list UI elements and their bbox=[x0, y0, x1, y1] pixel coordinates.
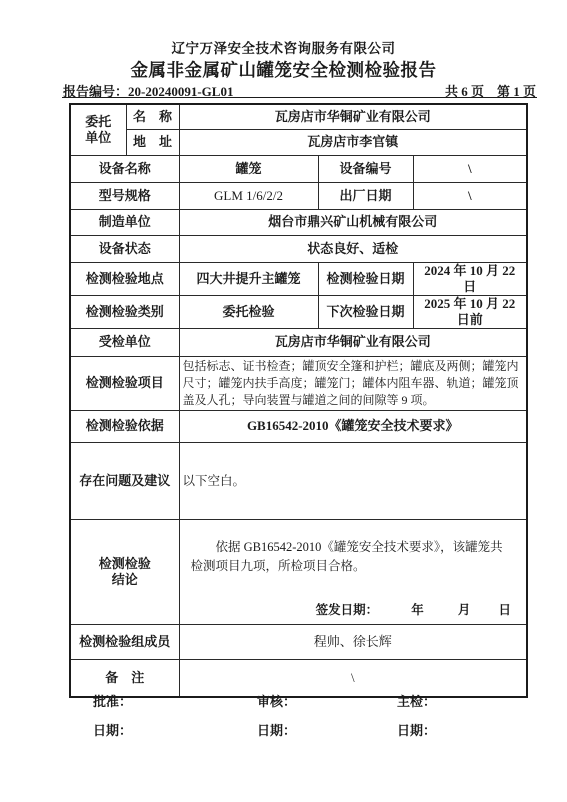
factory-date-value: \ bbox=[413, 182, 527, 209]
model-label: 型号规格 bbox=[70, 182, 179, 209]
approve-date-label: 日期： bbox=[93, 720, 132, 739]
remark-value: \ bbox=[179, 659, 527, 697]
items-label: 检测检验项目 bbox=[70, 356, 179, 410]
conclusion-text: 依据 GB16542-2010《罐笼安全技术要求》，该罐笼共检测项目九项，所检项… bbox=[191, 538, 516, 576]
team-value: 程帅、徐长辉 bbox=[179, 624, 527, 659]
report-title: 金属非金属矿山罐笼安全检测检验报告 bbox=[0, 57, 567, 82]
address-value: 瓦房店市李官镇 bbox=[179, 129, 527, 155]
sign-date-label: 签发日期： bbox=[316, 603, 379, 617]
conclusion-cell: 依据 GB16542-2010《罐笼安全技术要求》，该罐笼共检测项目九项，所检项… bbox=[179, 519, 527, 624]
inspected-unit-value: 瓦房店市华铜矿业有限公司 bbox=[179, 328, 527, 356]
inspection-type-value: 委托检验 bbox=[179, 295, 318, 328]
name-value: 瓦房店市华铜矿业有限公司 bbox=[179, 104, 527, 129]
device-name-label: 设备名称 bbox=[70, 155, 179, 182]
report-table: 委托 单位 名 称 瓦房店市华铜矿业有限公司 地 址 瓦房店市李官镇 设备名称 … bbox=[69, 103, 528, 698]
report-meta-row: 报告编号：20-20240091-GL01 共 6 页 第 1 页 bbox=[62, 81, 537, 98]
manufacturer-value: 烟台市鼎兴矿山机械有限公司 bbox=[179, 209, 527, 235]
device-name-value: 罐笼 bbox=[179, 155, 318, 182]
report-page: 辽宁万泽安全技术咨询服务有限公司 金属非金属矿山罐笼安全检测检验报告 报告编号：… bbox=[0, 0, 567, 802]
report-number: 报告编号：20-20240091-GL01 bbox=[63, 81, 233, 100]
items-text: 包括标志、证书检查；罐顶安全篷和护栏；罐底及两侧；罐笼内尺寸；罐笼内扶手高度；罐… bbox=[183, 358, 524, 409]
name-label: 名 称 bbox=[126, 104, 179, 129]
problems-label: 存在问题及建议 bbox=[70, 442, 179, 519]
address-label: 地 址 bbox=[126, 129, 179, 155]
review-date-label: 日期： bbox=[257, 720, 296, 739]
items-value: 包括标志、证书检查；罐顶安全篷和护栏；罐底及两侧；罐笼内尺寸；罐笼内扶手高度；罐… bbox=[179, 356, 527, 410]
problems-value: 以下空白。 bbox=[179, 442, 527, 519]
inspection-type-label: 检测检验类别 bbox=[70, 295, 179, 328]
inspected-unit-label: 受检单位 bbox=[70, 328, 179, 356]
sign-day-label: 日 bbox=[499, 603, 512, 617]
device-no-label: 设备编号 bbox=[318, 155, 413, 182]
next-date-label: 下次检验日期 bbox=[318, 295, 413, 328]
sign-year-label: 年 bbox=[411, 603, 424, 617]
review-label: 审核： bbox=[257, 691, 296, 710]
model-value: GLM 1/6/2/2 bbox=[179, 182, 318, 209]
inspection-date-value: 2024 年 10 月 22 日 bbox=[413, 262, 527, 295]
inspection-place-label: 检测检验地点 bbox=[70, 262, 179, 295]
inspection-date-label: 检测检验日期 bbox=[318, 262, 413, 295]
device-no-value: \ bbox=[413, 155, 527, 182]
basis-value: GB16542-2010《罐笼安全技术要求》 bbox=[179, 410, 527, 442]
factory-date-label: 出厂日期 bbox=[318, 182, 413, 209]
sign-month-label: 月 bbox=[458, 603, 471, 617]
company-name: 辽宁万泽安全技术咨询服务有限公司 bbox=[0, 37, 567, 57]
device-status-value: 状态良好、适检 bbox=[179, 235, 527, 262]
approve-label: 批准： bbox=[93, 691, 132, 710]
inspection-place-value: 四大井提升主罐笼 bbox=[179, 262, 318, 295]
chief-label: 主检： bbox=[397, 691, 436, 710]
team-label: 检测检验组成员 bbox=[70, 624, 179, 659]
page-indicator: 共 6 页 第 1 页 bbox=[445, 81, 536, 100]
basis-label: 检测检验依据 bbox=[70, 410, 179, 442]
manufacturer-label: 制造单位 bbox=[70, 209, 179, 235]
chief-date-label: 日期： bbox=[397, 720, 436, 739]
sign-date-row: 签发日期： 年 月 日 bbox=[183, 602, 524, 618]
next-date-value: 2025 年 10 月 22 日前 bbox=[413, 295, 527, 328]
client-unit-label: 委托 单位 bbox=[70, 104, 126, 155]
device-status-label: 设备状态 bbox=[70, 235, 179, 262]
problems-text: 以下空白。 bbox=[183, 473, 524, 489]
conclusion-label: 检测检验 结论 bbox=[70, 519, 179, 624]
